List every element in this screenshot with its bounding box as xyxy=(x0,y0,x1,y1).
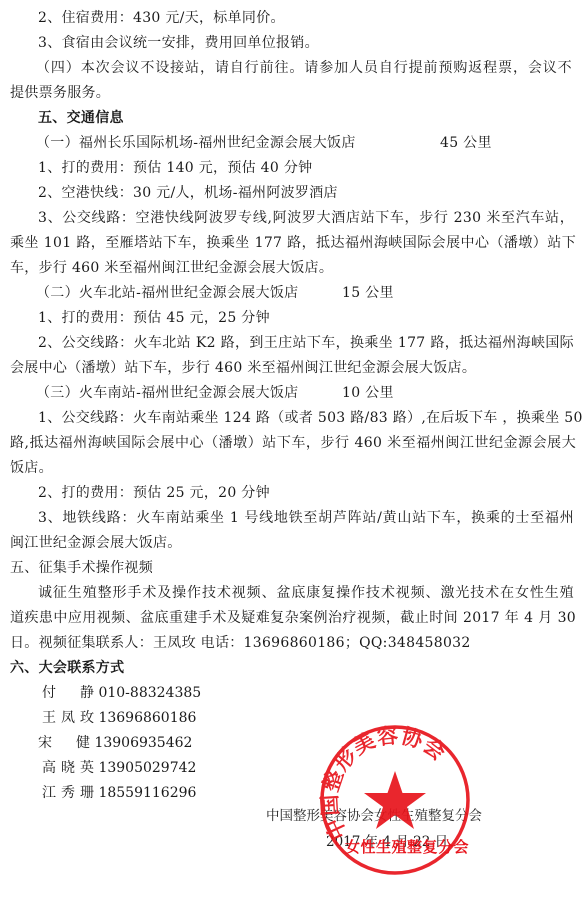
svg-text:中国整形美容协会: 中国整形美容协会 xyxy=(318,723,451,843)
contact-phone: 13905029742 xyxy=(98,760,196,776)
contact-phone: 13906935462 xyxy=(94,735,192,751)
text-line: 2、住宿费用：430 元/天，标单同价。 xyxy=(38,9,576,27)
route-distance: 45 公里 xyxy=(440,134,492,152)
route-distance: 10 公里 xyxy=(342,384,394,402)
contact-row: 江秀珊 18559116296 xyxy=(42,784,196,802)
section-heading: 六、大会联系方式 xyxy=(10,659,576,677)
text-line: 3、食宿由会议统一安排，费用回单位报销。 xyxy=(38,34,576,52)
contact-row: 付 静 010-88324385 xyxy=(42,684,201,702)
contact-name: 王凤玫 xyxy=(42,709,94,727)
route-title: （三）火车南站-福州世纪金源会展大饭店 xyxy=(36,385,298,401)
text-line: 提供票务服务。 xyxy=(10,84,576,102)
document-page: 2、住宿费用：430 元/天，标单同价。 3、食宿由会议统一安排，费用回单位报销… xyxy=(0,0,587,900)
contact-name: 付 静 xyxy=(42,684,94,702)
contact-name: 江秀珊 xyxy=(42,784,94,802)
text-line: 日。视频征集联系人：王凤玫 电话：13696860186；QQ:34845803… xyxy=(10,634,576,652)
text-line: 2、空港快线：30 元/人，机场-福州阿波罗酒店 xyxy=(38,184,576,202)
text-line: 3、公交线路：空港快线阿波罗专线,阿波罗大酒店站下车，步行 230 米至汽车站， xyxy=(38,209,574,227)
text-line: 道疾患中应用视频、盆底重建手术及疑难复杂案例治疗视频，截止时间 2017 年 4… xyxy=(10,609,576,627)
stamp-arc-text: 中国整形美容协会 xyxy=(318,723,451,843)
contact-phone: 13696860186 xyxy=(98,710,196,726)
section-heading: 五、交通信息 xyxy=(38,109,576,127)
text-line: 1、打的费用：预估 45 元，25 分钟 xyxy=(38,309,576,327)
contact-row: 高晓英 13905029742 xyxy=(42,759,196,777)
contact-name: 宋 健 xyxy=(38,734,90,752)
text-line: 2、打的费用：预估 25 元，20 分钟 xyxy=(38,484,576,502)
section-heading: 五、征集手术操作视频 xyxy=(10,559,576,577)
text-line: 1、公交线路：火车南站乘坐 124 路（或者 503 路/83 路）,在后坂下车… xyxy=(38,409,574,427)
contact-phone: 010-88324385 xyxy=(98,685,201,701)
text-line: 1、打的费用：预估 140 元，预估 40 分钟 xyxy=(38,159,576,177)
route-title: （一）福州长乐国际机场-福州世纪金源会展大饭店 xyxy=(36,135,356,151)
contact-name: 高晓英 xyxy=(42,759,94,777)
text-line: 路,抵达福州海峡国际会展中心（潘墩）站下车，步行 460 米至福州闽江世纪金源会… xyxy=(10,434,576,452)
contact-phone: 18559116296 xyxy=(98,785,196,801)
route-heading: （三）火车南站-福州世纪金源会展大饭店 10 公里 xyxy=(36,384,587,402)
text-line: 车，步行 460 米至福州闽江世纪金源会展大饭店。 xyxy=(10,259,576,277)
text-line: （四）本次会议不设接站，请自行前往。请参加人员自行提前预购返程票，会议不 xyxy=(36,59,572,77)
route-title: （二）火车北站-福州世纪金源会展大饭店 xyxy=(36,285,298,301)
stamp-bottom-text: 女性生殖整复分会 xyxy=(345,836,469,857)
text-line: 3、地铁线路：火车南站乘坐 1 号线地铁至胡芦阵站/黄山站下车，换乘的士至福州 xyxy=(38,509,574,527)
contact-row: 宋 健 13906935462 xyxy=(38,734,192,752)
text-line: 会展中心（潘墩）站下车，步行 460 米至福州闽江世纪金源会展大饭店。 xyxy=(10,359,576,377)
text-line: 诚征生殖整形手术及操作技术视频、盆底康复操作技术视频、激光技术在女性生殖 xyxy=(38,584,574,602)
route-distance: 15 公里 xyxy=(342,284,394,302)
signature-organization: 中国整形美容协会女性生殖整复分会 xyxy=(266,804,482,824)
text-line: 闽江世纪金源会展大饭店。 xyxy=(10,534,576,552)
route-heading: （一）福州长乐国际机场-福州世纪金源会展大饭店 45 公里 xyxy=(36,134,587,152)
text-line: 饭店。 xyxy=(10,459,576,477)
route-heading: （二）火车北站-福州世纪金源会展大饭店 15 公里 xyxy=(36,284,587,302)
text-line: 2、公交线路：火车北站 K2 路，到王庄站下车，换乘坐 177 路，抵达福州海峡… xyxy=(38,334,574,352)
contact-row: 王凤玫 13696860186 xyxy=(42,709,196,727)
text-line: 乘坐 101 路，至雁塔站下车，换乘坐 177 路，抵达福州海峡国际会展中心（潘… xyxy=(10,234,576,252)
